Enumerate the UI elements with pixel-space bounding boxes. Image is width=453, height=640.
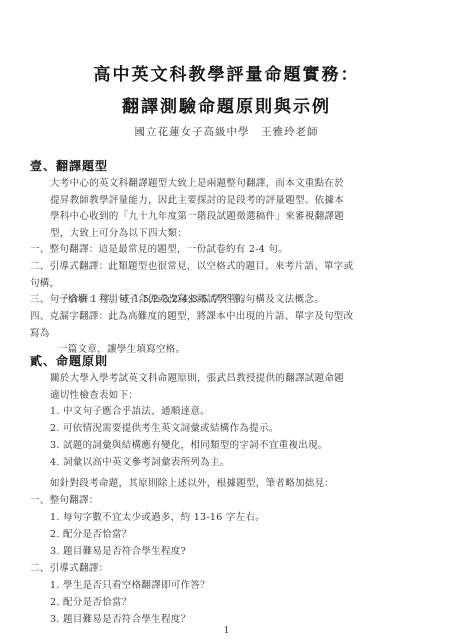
checklist-item-1: 1. 中文句子應合乎語法、通順達意。 [50,404,210,421]
checklist-item-2: 2. 可依情況需要提供考生英文詞彙或結構作為提示。 [50,421,279,438]
document-title-line2: 翻譯測驗命題原則與示例 [0,92,453,117]
document-title-line1: 高中英文科教學評量命題實務： [0,60,453,85]
section1-item-1: 一、整句翻譯：這是最常見的題型，一份試卷約有 2-4 句。 [30,242,360,259]
group2-label: 二、引導式翻譯： [30,561,360,578]
group1-item-2: 2. 配分是否恰當？ [50,527,132,544]
section2-intro: 關於大學入學考試英文科命題原則，張武昌教授提供的翻譯試題命題適切性檢查表如下： [50,371,350,404]
group1-item-1: 1. 每句字數不宜太少或過多，約 13-16 字左右。 [50,510,265,527]
section1-item-3: 三、句子合併：利用句子合併或改寫來測試學生的句構及文法概念。 [30,292,360,309]
document-page: 高中英文科教學評量命題實務： 翻譯測驗命題原則與示例 國立花蓮女子高級中學 王雅… [0,0,453,640]
checklist-item-4: 4. 詞彙以高中英文參考詞彙表所列為主。 [50,455,230,472]
item-text: 二、引導式翻譯：此類題型也很常見，以空格式的題目，來考片語、單字或句構， [30,261,353,289]
section2-intro2: 如針對段考命題，其原則除上述以外，根據題型，筆者略加拙見： [50,476,334,493]
group2-item-1: 1. 學生是否只看空格翻譯即可作答？ [50,578,210,595]
section1-heading: 壹、翻譯題型 [30,157,108,174]
author-line: 國立花蓮女子高級中學 王雅玲老師 [0,124,453,139]
page-number: 1 [0,626,453,636]
item-text: 一、整句翻譯：這是最常見的題型，一份試卷約有 2-4 句。 [30,244,288,255]
section1-intro: 大考中心的英文科翻譯題型大致上是兩題整句翻譯，而本文重點在於提昇教師教學評量能力… [50,176,350,242]
item-text: 四、克漏字翻譯：此為高難度的題型，將課本中出現的片語、單字及句型改寫為 [30,311,353,339]
group1-label: 一、整句翻譯： [30,493,360,510]
group1-item-3: 3. 題目難易是否符合學生程度? [50,544,186,561]
item-text: 三、句子合併：利用句子合併或改寫來測試學生的句構及文法概念。 [30,294,324,305]
section2-heading: 貳、命題原則 [30,352,108,369]
group2-item-2: 2. 配分是否恰當？ [50,595,132,612]
checklist-item-3: 3. 試題的詞彙與結構應有變化，相同類型的字詞不宜重複出現。 [50,438,328,455]
